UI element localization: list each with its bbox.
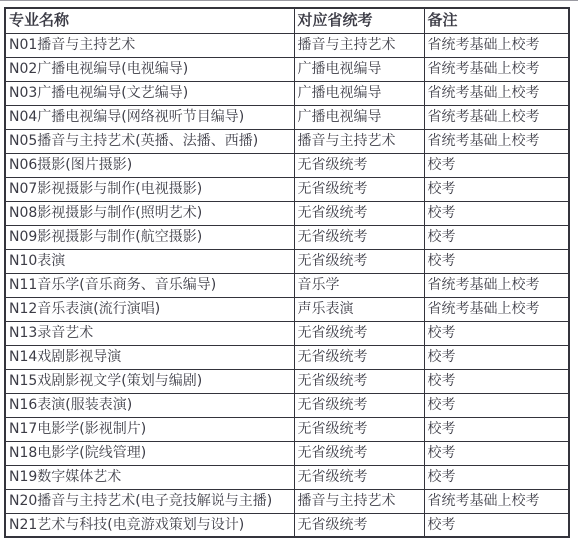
table-row: N11音乐学(音乐商务、音乐编导)音乐学省统考基础上校考: [5, 273, 569, 297]
cell-remarks: 校考: [424, 441, 569, 465]
cell-major-name: N12音乐表演(流行演唱): [5, 297, 294, 321]
cell-remarks: 校考: [424, 321, 569, 345]
cell-provincial-exam: 播音与主持艺术: [294, 489, 424, 513]
cell-remarks: 校考: [424, 417, 569, 441]
cell-major-name: N09影视摄影与制作(航空摄影): [5, 225, 294, 249]
cell-major-name: N18电影学(院线管理): [5, 441, 294, 465]
table-row: N03广播电视编导(文艺编导)广播电视编导省统考基础上校考: [5, 81, 569, 105]
table-row: N10表演无省级统考校考: [5, 249, 569, 273]
cell-provincial-exam: 广播电视编导: [294, 105, 424, 129]
cell-major-name: N21艺术与科技(电竞游戏策划与设计): [5, 513, 294, 537]
cell-provincial-exam: 播音与主持艺术: [294, 129, 424, 153]
cell-remarks: 校考: [424, 249, 569, 273]
cell-major-name: N05播音与主持艺术(英播、法播、西播): [5, 129, 294, 153]
cell-provincial-exam: 无省级统考: [294, 201, 424, 225]
cell-major-name: N08影视摄影与制作(照明艺术): [5, 201, 294, 225]
table-row: N08影视摄影与制作(照明艺术)无省级统考校考: [5, 201, 569, 225]
table-row: N04广播电视编导(网络视听节目编导)广播电视编导省统考基础上校考: [5, 105, 569, 129]
table-row: N18电影学(院线管理)无省级统考校考: [5, 441, 569, 465]
cell-remarks: 校考: [424, 393, 569, 417]
majors-table: 专业名称 对应省统考 备注 N01播音与主持艺术播音与主持艺术省统考基础上校考N…: [4, 7, 570, 538]
table-row: N19数字媒体艺术无省级统考校考: [5, 465, 569, 489]
cell-major-name: N17电影学(影视制片): [5, 417, 294, 441]
header-remarks: 备注: [424, 8, 569, 33]
cell-remarks: 校考: [424, 153, 569, 177]
header-row: 专业名称 对应省统考 备注: [5, 8, 569, 33]
table-row: N17电影学(影视制片)无省级统考校考: [5, 417, 569, 441]
table-row: N12音乐表演(流行演唱)声乐表演省统考基础上校考: [5, 297, 569, 321]
cell-major-name: N13录音艺术: [5, 321, 294, 345]
cell-major-name: N20播音与主持艺术(电子竞技解说与主播): [5, 489, 294, 513]
cell-provincial-exam: 无省级统考: [294, 393, 424, 417]
cell-provincial-exam: 无省级统考: [294, 249, 424, 273]
table-row: N09影视摄影与制作(航空摄影)无省级统考校考: [5, 225, 569, 249]
cell-major-name: N07影视摄影与制作(电视摄影): [5, 177, 294, 201]
cell-provincial-exam: 音乐学: [294, 273, 424, 297]
table-row: N05播音与主持艺术(英播、法播、西播)播音与主持艺术省统考基础上校考: [5, 129, 569, 153]
table-row: N01播音与主持艺术播音与主持艺术省统考基础上校考: [5, 33, 569, 57]
table-header: 专业名称 对应省统考 备注: [5, 8, 569, 33]
table-row: N06摄影(图片摄影)无省级统考校考: [5, 153, 569, 177]
cell-remarks: 省统考基础上校考: [424, 273, 569, 297]
cell-remarks: 校考: [424, 513, 569, 537]
cell-major-name: N11音乐学(音乐商务、音乐编导): [5, 273, 294, 297]
cell-provincial-exam: 无省级统考: [294, 225, 424, 249]
cell-provincial-exam: 无省级统考: [294, 153, 424, 177]
cell-remarks: 省统考基础上校考: [424, 33, 569, 57]
table-row: N02广播电视编导(电视编导)广播电视编导省统考基础上校考: [5, 57, 569, 81]
cell-provincial-exam: 无省级统考: [294, 441, 424, 465]
cell-remarks: 校考: [424, 369, 569, 393]
table-row: N16表演(服装表演)无省级统考校考: [5, 393, 569, 417]
cell-major-name: N14戏剧影视导演: [5, 345, 294, 369]
top-cut-line: [0, 0, 578, 1]
cell-major-name: N03广播电视编导(文艺编导): [5, 81, 294, 105]
cell-major-name: N02广播电视编导(电视编导): [5, 57, 294, 81]
cell-remarks: 省统考基础上校考: [424, 57, 569, 81]
cell-remarks: 省统考基础上校考: [424, 105, 569, 129]
cell-remarks: 校考: [424, 177, 569, 201]
cell-remarks: 省统考基础上校考: [424, 297, 569, 321]
cell-remarks: 校考: [424, 225, 569, 249]
page: 专业名称 对应省统考 备注 N01播音与主持艺术播音与主持艺术省统考基础上校考N…: [0, 0, 578, 543]
cell-major-name: N10表演: [5, 249, 294, 273]
table-row: N21艺术与科技(电竞游戏策划与设计)无省级统考校考: [5, 513, 569, 537]
header-major-name: 专业名称: [5, 8, 294, 33]
cell-major-name: N19数字媒体艺术: [5, 465, 294, 489]
cell-remarks: 省统考基础上校考: [424, 129, 569, 153]
cell-provincial-exam: 播音与主持艺术: [294, 33, 424, 57]
cell-remarks: 校考: [424, 201, 569, 225]
cell-major-name: N04广播电视编导(网络视听节目编导): [5, 105, 294, 129]
cell-provincial-exam: 声乐表演: [294, 297, 424, 321]
table-body: N01播音与主持艺术播音与主持艺术省统考基础上校考N02广播电视编导(电视编导)…: [5, 33, 569, 537]
cell-remarks: 校考: [424, 345, 569, 369]
cell-remarks: 省统考基础上校考: [424, 81, 569, 105]
table-row: N07影视摄影与制作(电视摄影)无省级统考校考: [5, 177, 569, 201]
cell-provincial-exam: 无省级统考: [294, 321, 424, 345]
table-row: N20播音与主持艺术(电子竞技解说与主播)播音与主持艺术省统考基础上校考: [5, 489, 569, 513]
cell-major-name: N01播音与主持艺术: [5, 33, 294, 57]
cell-major-name: N16表演(服装表演): [5, 393, 294, 417]
cell-provincial-exam: 广播电视编导: [294, 81, 424, 105]
cell-provincial-exam: 无省级统考: [294, 177, 424, 201]
cell-remarks: 校考: [424, 465, 569, 489]
cell-major-name: N15戏剧影视文学(策划与编剧): [5, 369, 294, 393]
table-row: N15戏剧影视文学(策划与编剧)无省级统考校考: [5, 369, 569, 393]
cell-provincial-exam: 无省级统考: [294, 345, 424, 369]
table-row: N13录音艺术无省级统考校考: [5, 321, 569, 345]
cell-provincial-exam: 无省级统考: [294, 465, 424, 489]
cell-provincial-exam: 广播电视编导: [294, 57, 424, 81]
cell-provincial-exam: 无省级统考: [294, 513, 424, 537]
cell-provincial-exam: 无省级统考: [294, 369, 424, 393]
table-row: N14戏剧影视导演无省级统考校考: [5, 345, 569, 369]
header-provincial-exam: 对应省统考: [294, 8, 424, 33]
cell-major-name: N06摄影(图片摄影): [5, 153, 294, 177]
cell-remarks: 省统考基础上校考: [424, 489, 569, 513]
cell-provincial-exam: 无省级统考: [294, 417, 424, 441]
